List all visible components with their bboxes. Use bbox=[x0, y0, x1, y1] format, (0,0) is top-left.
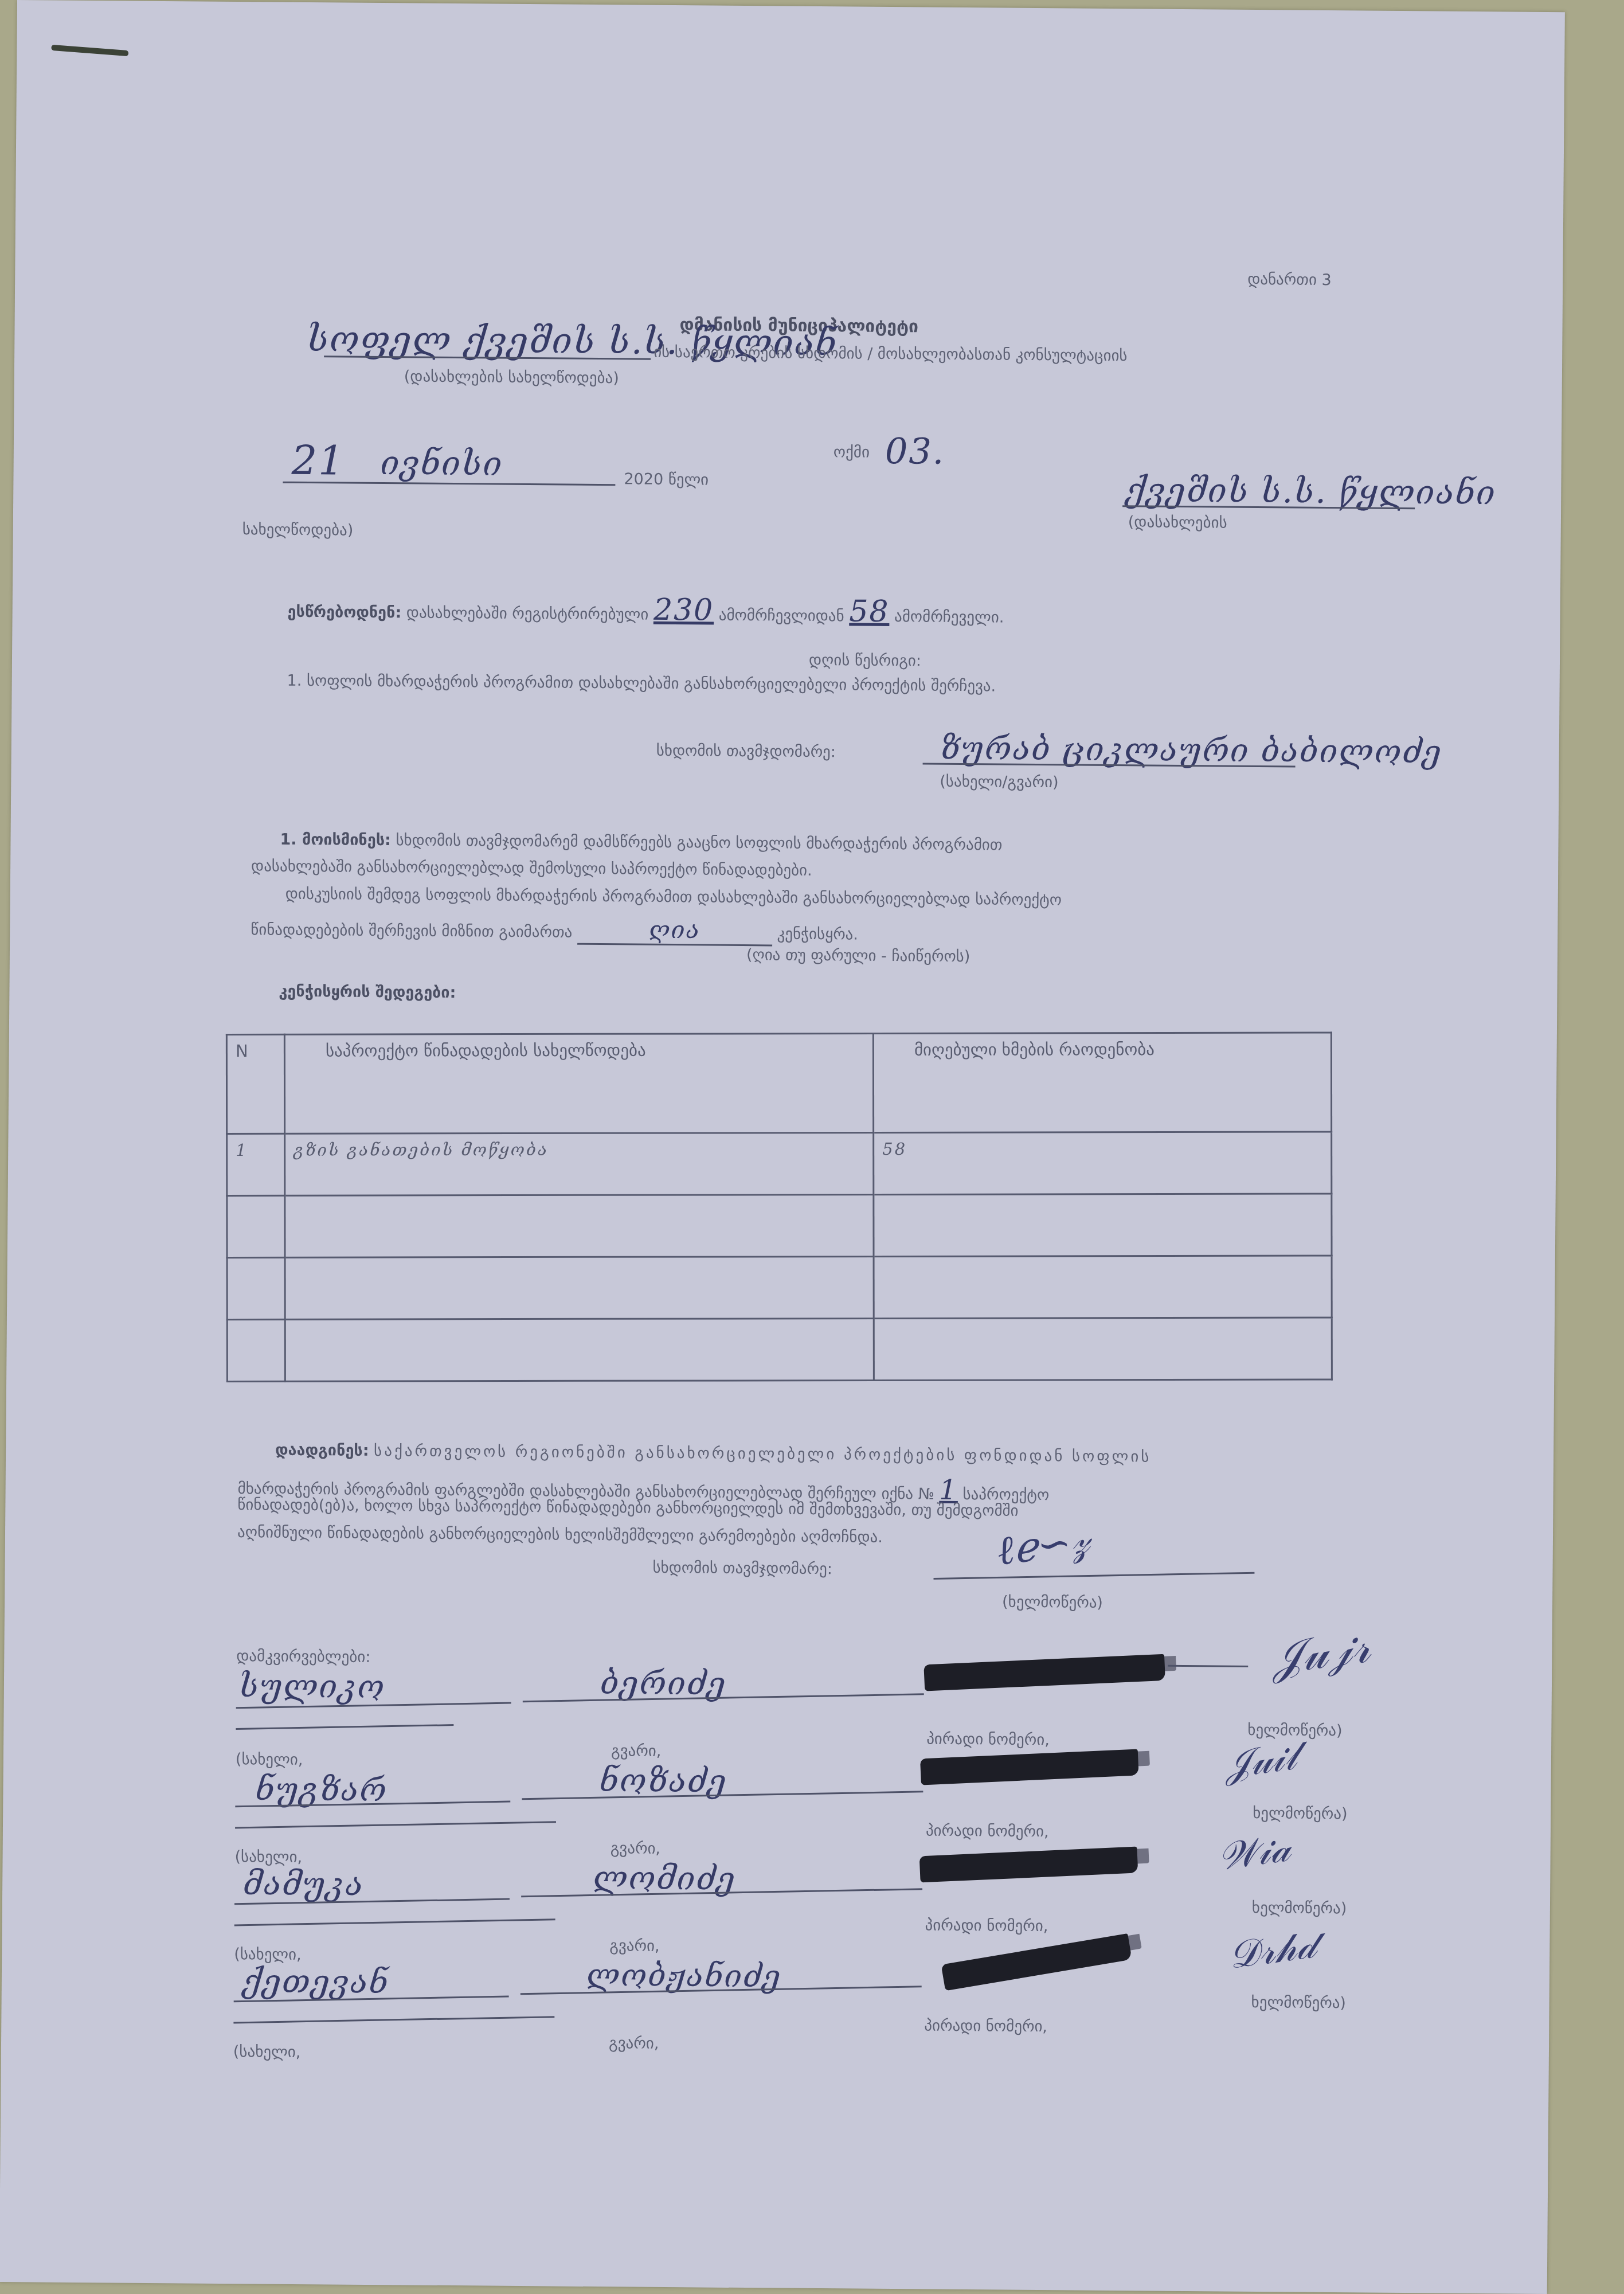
settlement-right-caption-cont: სახელწოდება) bbox=[242, 521, 354, 540]
decided-line-1: დაადგინეს: საქართველოს რეგიონებში განსახ… bbox=[275, 1441, 1152, 1466]
heard-line-1: 1. მოისმინეს: სხდომის თავმჯდომარემ დამსწ… bbox=[280, 831, 1002, 854]
chair-caption: (სახელი/გვარი) bbox=[940, 773, 1058, 792]
vote-type-handwritten: ღია bbox=[649, 916, 701, 944]
heard-text-2: დასახლებაში განსახორციელებლად შემოსული ს… bbox=[251, 857, 812, 880]
witness-id-caption: პირადი ნომერი, bbox=[926, 1730, 1050, 1749]
heard-text-3: დისკუსიის შემდეგ სოფლის მხარდაჭერის პროგ… bbox=[285, 885, 1062, 909]
witness-1-name: სულიკო bbox=[239, 1667, 386, 1706]
heard-label: 1. მოისმინეს: bbox=[280, 831, 391, 850]
table-row: 1 გზის განათების მოწყობა 58 bbox=[227, 1132, 1332, 1195]
witness-signature-caption: ხელმოწერა) bbox=[1251, 1994, 1347, 2012]
attendance-label: ესწრებოდნენ: bbox=[288, 603, 402, 622]
date-day: 21 bbox=[291, 437, 345, 484]
pen-mark bbox=[51, 45, 128, 56]
vote-type-caption: (ღია თუ ფარული - ჩაიწეროს) bbox=[746, 946, 971, 966]
witness-surname-caption: გვარი, bbox=[611, 1742, 662, 1760]
decided-text-1: საქართველოს რეგიონებში განსახორციელებელი… bbox=[374, 1442, 1152, 1466]
settlement-right-caption: (დასახლების bbox=[1128, 513, 1227, 532]
chair-signature-caption: (ხელმოწერა) bbox=[1002, 1593, 1103, 1612]
witness-3-extra-line bbox=[234, 1918, 555, 1926]
attendance-text-after: ამომრჩეველი. bbox=[894, 608, 1004, 627]
results-table: N საპროექტო წინადადების სახელწოდება მიღე… bbox=[226, 1032, 1333, 1382]
witness-signature-caption: ხელმოწერა) bbox=[1252, 1899, 1347, 1917]
witness-signature-caption: ხელმოწერა) bbox=[1247, 1721, 1343, 1740]
meeting-line-text: ის საერთო კრების სხდომის / მოსახლეობასთა… bbox=[653, 343, 1128, 365]
settlement-caption: (დასახლების სახელწოდება) bbox=[404, 368, 619, 387]
chair-label: სხდომის თავმჯდომარე: bbox=[656, 742, 836, 761]
row-n bbox=[227, 1195, 285, 1257]
witness-4-signature: 𝒟𝓇𝒽𝒹 bbox=[1226, 1922, 1318, 1979]
witness-id-caption: პირადი ნომერი, bbox=[926, 1822, 1049, 1841]
witness-1-id-line bbox=[1168, 1665, 1248, 1667]
witness-3-name: მამუკა bbox=[243, 1865, 364, 1904]
heard-text-4-after: კენჭისყრა. bbox=[777, 925, 858, 943]
table-row bbox=[227, 1256, 1332, 1319]
attendance-text-middle: ამომრჩევლიდან bbox=[719, 607, 844, 626]
witness-name-caption: (სახელი, bbox=[236, 1750, 303, 1769]
header-n: N bbox=[226, 1034, 284, 1134]
document-page: დანართი 3 დმანისის მუნიციპალიტეტი სოფელ … bbox=[0, 0, 1565, 2258]
row-project-name bbox=[285, 1194, 874, 1257]
row-project-name bbox=[285, 1256, 874, 1319]
appendix-label: დანართი 3 bbox=[1247, 271, 1332, 289]
witness-2-signature: 𝒥𝓊𝒾𝓁 bbox=[1222, 1734, 1299, 1788]
row-n bbox=[227, 1257, 285, 1319]
witness-4-id-redacted bbox=[941, 1933, 1132, 1991]
date-year: 2020 წელი bbox=[624, 470, 709, 488]
header-project-name: საპროექტო წინადადების სახელწოდება bbox=[284, 1033, 873, 1134]
table-row bbox=[227, 1194, 1332, 1257]
protocol-number: 03. bbox=[885, 430, 945, 472]
witness-1-id-redacted bbox=[923, 1654, 1165, 1691]
decided-text-4: აღნიშნული წინადადების განხორციელების ხელ… bbox=[237, 1523, 883, 1546]
witness-id-caption: პირადი ნომერი, bbox=[924, 2017, 1047, 2036]
row-project-name bbox=[285, 1318, 874, 1381]
attendance-text-before: დასახლებაში რეგისტრირებული bbox=[406, 604, 649, 623]
table-header-row: N საპროექტო წინადადების სახელწოდება მიღე… bbox=[226, 1033, 1331, 1134]
row-n: 1 bbox=[227, 1134, 285, 1195]
protocol-label: ოქმი bbox=[833, 443, 870, 461]
row-votes bbox=[874, 1194, 1332, 1256]
results-title: კენჭისყრის შედეგები: bbox=[279, 983, 456, 1002]
chair-signature-label: სხდომის თავმჯდომარე: bbox=[652, 1559, 832, 1578]
chair-signature-line bbox=[933, 1572, 1254, 1580]
chair-signature: ℓℯ∽𝓏 bbox=[994, 1516, 1092, 1576]
row-votes bbox=[874, 1318, 1332, 1380]
heard-text-4-before: წინადადებების შერჩევის მიზნით გაიმართა bbox=[251, 921, 572, 941]
witness-name-caption: (სახელი, bbox=[234, 1848, 302, 1866]
witness-name-caption: (სახელი, bbox=[234, 1945, 302, 1964]
witnesses-title: დამკვირვებლები: bbox=[236, 1647, 370, 1666]
row-votes bbox=[874, 1256, 1332, 1318]
row-votes: 58 bbox=[874, 1132, 1332, 1194]
witness-2-extra-line bbox=[235, 1821, 556, 1828]
heard-text-1: სხდომის თავმჯდომარემ დამსწრეებს გააცნო ს… bbox=[396, 831, 1002, 854]
witness-surname-caption: გვარი, bbox=[611, 1839, 661, 1858]
agenda-item-1: 1. სოფლის მხარდაჭერის პროგრამით დასახლებ… bbox=[287, 672, 996, 695]
witness-1-extra-line bbox=[236, 1724, 453, 1730]
present-voters: 58 bbox=[849, 594, 890, 629]
registered-voters: 230 bbox=[653, 593, 714, 628]
witness-signature-caption: ხელმოწერა) bbox=[1253, 1804, 1348, 1823]
witness-4-name: ქეთევან bbox=[242, 1963, 389, 2001]
decided-label: დაადგინეს: bbox=[275, 1441, 369, 1460]
table-row bbox=[227, 1318, 1332, 1381]
witness-3-id-redacted bbox=[919, 1847, 1138, 1883]
agenda-title: დღის წესრიგი: bbox=[809, 651, 921, 670]
witness-surname-caption: გვარი, bbox=[609, 1937, 660, 1955]
attendance-line: ესწრებოდნენ: დასახლებაში რეგისტრირებული … bbox=[287, 590, 1004, 630]
row-n bbox=[227, 1319, 285, 1381]
witness-id-caption: პირადი ნომერი, bbox=[925, 1917, 1048, 1936]
witness-1-signature: 𝒥𝓊𝒿𝓇 bbox=[1268, 1621, 1373, 1686]
witness-2-id-redacted bbox=[920, 1749, 1139, 1785]
witness-4-extra-line bbox=[233, 2016, 554, 2023]
witness-surname-caption: გვარი, bbox=[609, 2034, 659, 2053]
witness-3-signature: 𝒲𝒾𝒶 bbox=[1215, 1826, 1293, 1880]
row-project-name: გზის განათების მოწყობა bbox=[285, 1132, 874, 1195]
witness-name-caption: (სახელი, bbox=[233, 2043, 301, 2061]
header-votes: მიღებული ხმების რაოდენობა bbox=[873, 1033, 1331, 1132]
date-month: ივნისი bbox=[380, 443, 503, 483]
heard-text-4: წინადადებების შერჩევის მიზნით გაიმართა ღ… bbox=[251, 912, 858, 947]
